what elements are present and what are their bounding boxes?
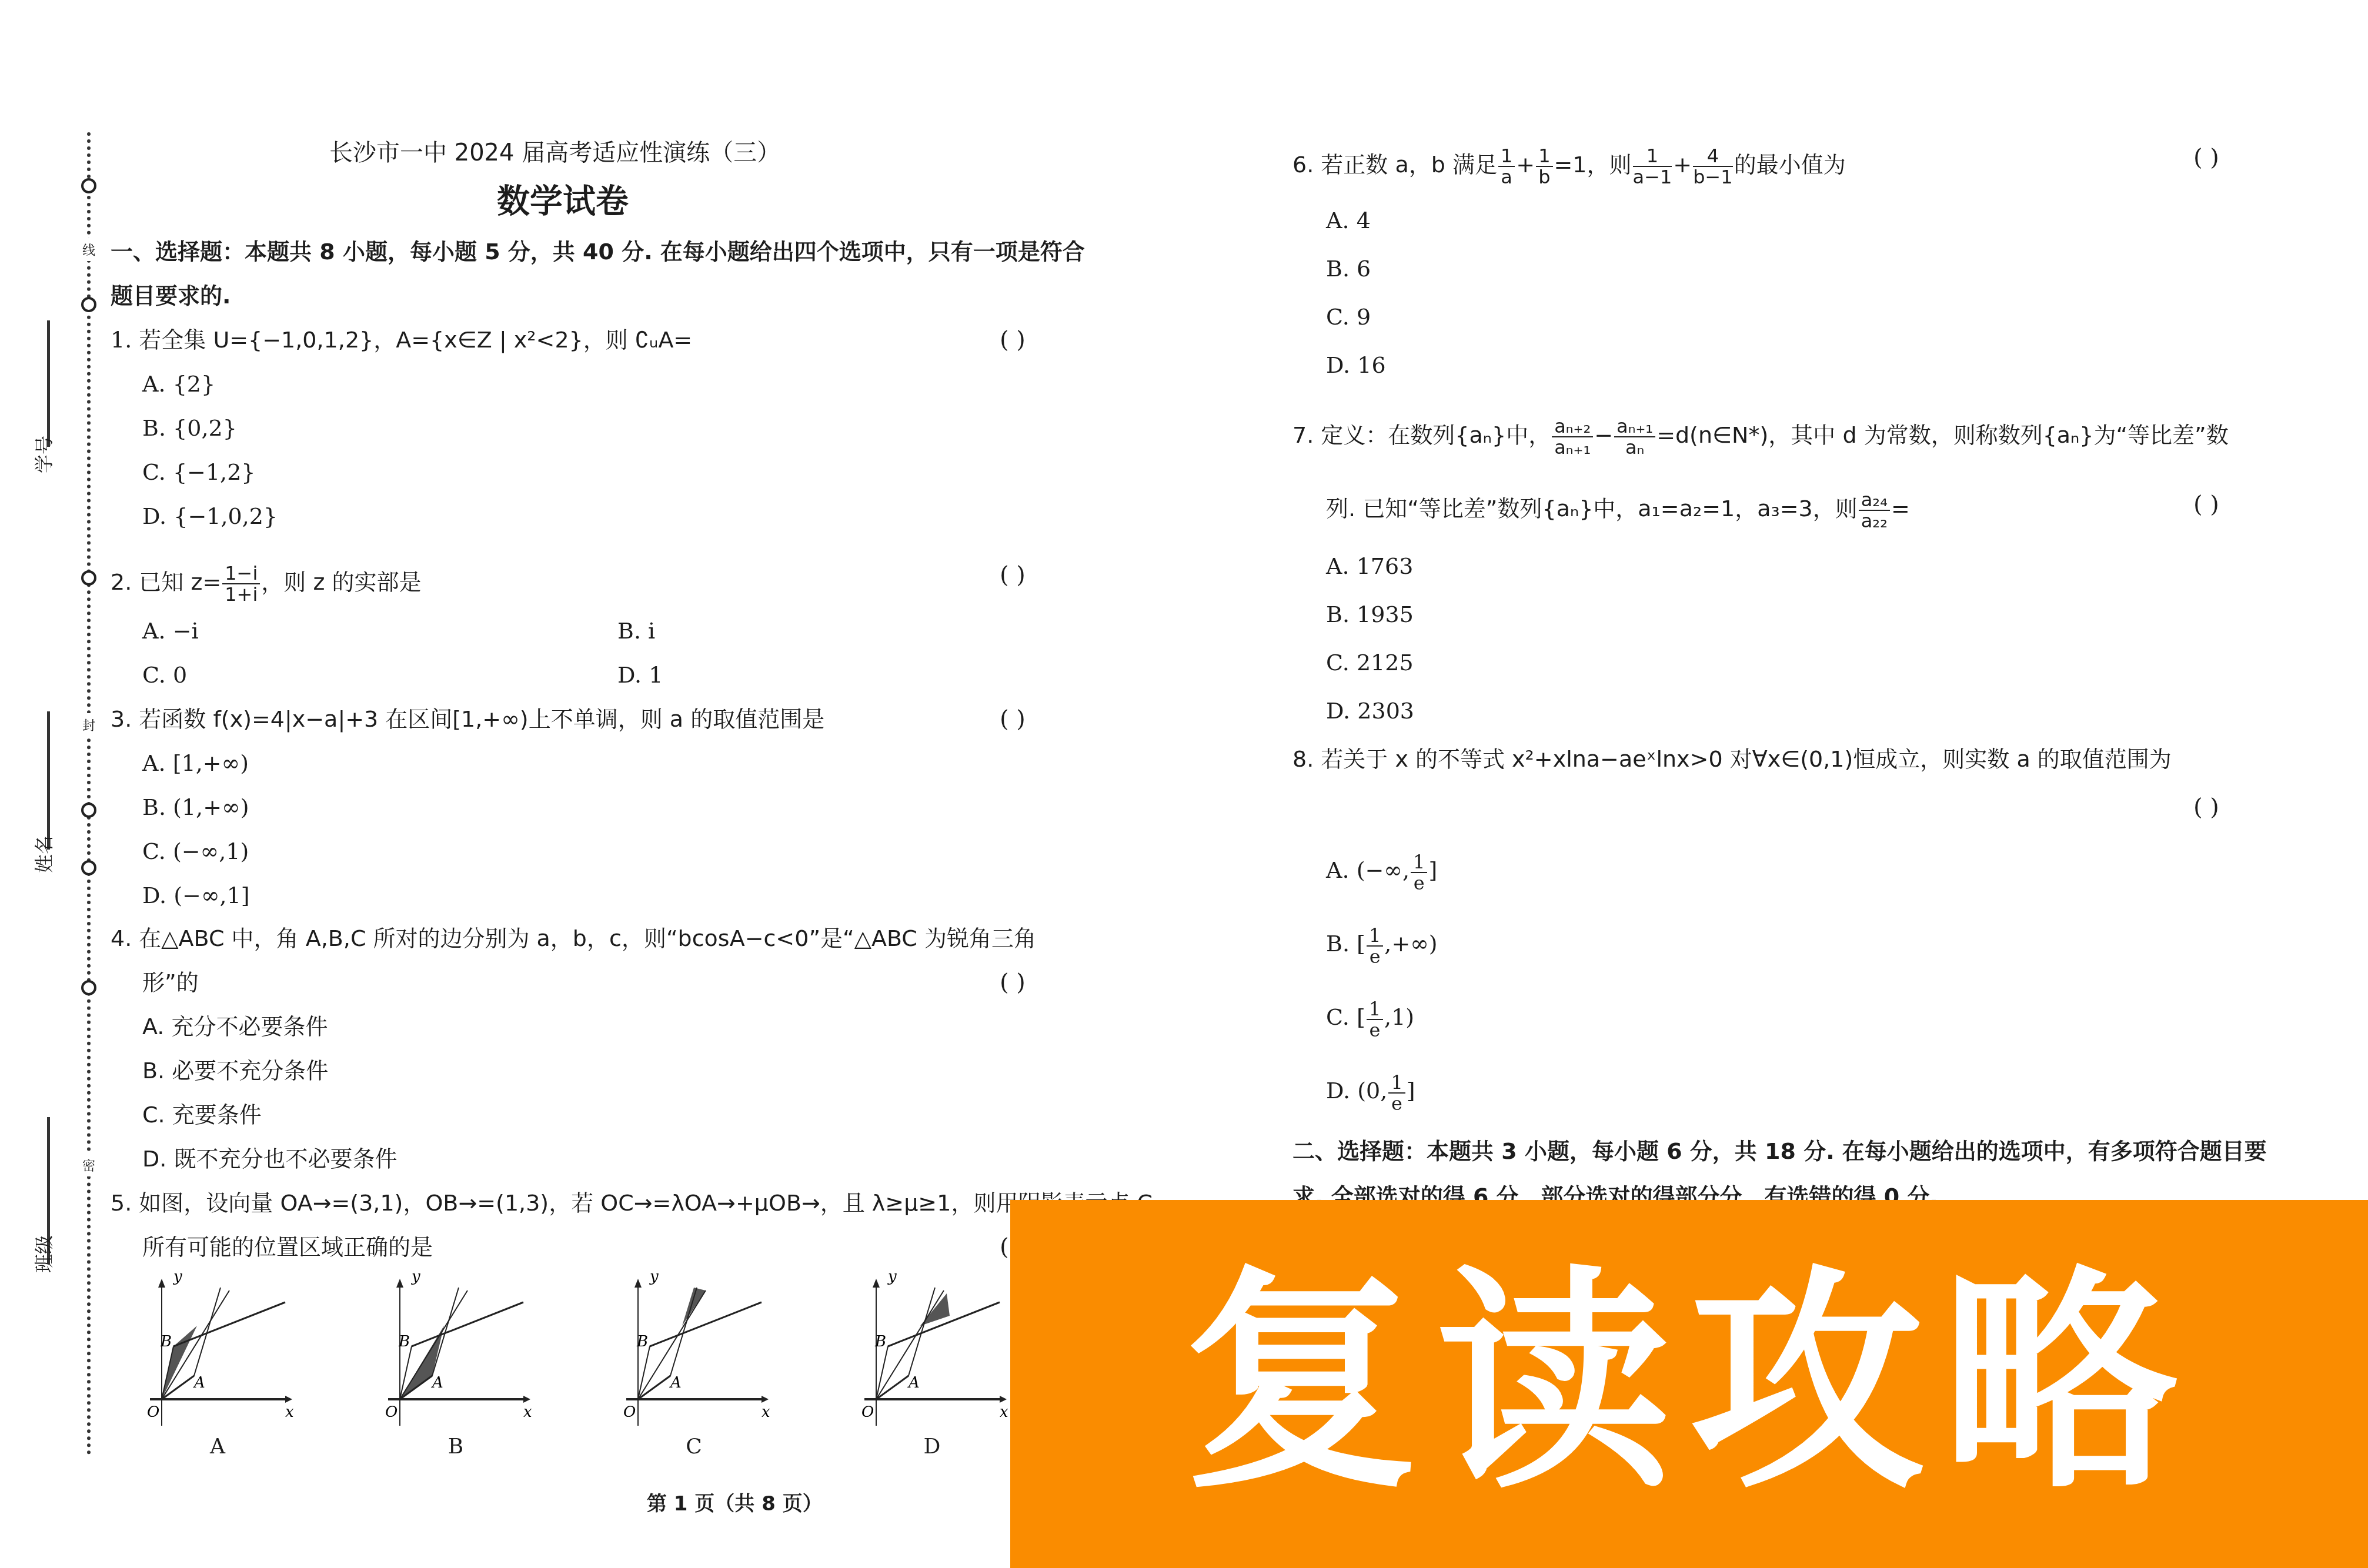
binding-mark-line: 线: [82, 238, 95, 261]
question-6: 6. 若正数 a，b 满足1a+1b=1，则1a−1+4b−1的最小值为: [1292, 141, 1846, 188]
option-c[interactable]: C. 0: [142, 661, 187, 688]
page-number: 第 1 页（共 8 页）: [647, 1487, 823, 1516]
svg-text:x: x: [1000, 1403, 1008, 1421]
question-5-cont: 所有可能的位置区域正确的是: [142, 1233, 433, 1261]
answer-bracket: ( ): [1000, 969, 1026, 996]
svg-text:x: x: [285, 1403, 294, 1421]
answer-bracket: ( ): [2193, 144, 2219, 171]
binding-hole-icon: [81, 178, 96, 193]
svg-text:x: x: [761, 1403, 770, 1421]
svg-text:x: x: [523, 1403, 532, 1421]
option-d[interactable]: D. 2303: [1326, 697, 1414, 724]
option-a[interactable]: A. −i: [142, 617, 199, 644]
option-b[interactable]: B. 必要不充分条件: [142, 1057, 328, 1084]
question-stem: 若全集 U={−1,0,1,2}，A={x∈Z | x²<2}，则 ∁ᵤA=: [139, 327, 692, 353]
question-2: 2. 已知 z=1−i1+i，则 z 的实部是: [111, 559, 421, 606]
question-1: 1. 若全集 U={−1,0,1,2}，A={x∈Z | x²<2}，则 ∁ᵤA…: [111, 326, 692, 353]
question-4: 4. 在△ABC 中，角 A,B,C 所对的边分别为 a，b，c，则“bcosA…: [111, 925, 1036, 952]
option-c[interactable]: C. {−1,2}: [142, 459, 256, 486]
student-name-blank[interactable]: [47, 711, 50, 850]
question-4-cont: 形”的: [142, 969, 199, 996]
option-b[interactable]: B. 6: [1326, 255, 1371, 282]
figure-option-b[interactable]: y x O B A B: [376, 1270, 535, 1459]
vector-diagram: y x O B A: [376, 1270, 535, 1435]
vector-diagram: y x O B A: [614, 1270, 773, 1435]
figure-option-d[interactable]: y x O B A D: [853, 1270, 1011, 1459]
question-5: 5. 如图，设向量 OA→=(3,1)，OB→=(1,3)，若 OC→=λOA→…: [111, 1189, 1153, 1216]
answer-bracket: ( ): [1000, 326, 1026, 353]
svg-text:O: O: [385, 1403, 398, 1421]
section1-heading: 一、选择题：本题共 8 小题，每小题 5 分，共 40 分. 在每小题给出四个选…: [111, 238, 1085, 265]
svg-text:A: A: [431, 1374, 443, 1392]
option-a[interactable]: A. {2}: [142, 370, 215, 397]
svg-text:O: O: [147, 1403, 159, 1421]
svg-text:B: B: [160, 1333, 172, 1350]
option-b[interactable]: B. [1e,+∞): [1326, 920, 1438, 967]
exam-title: 长沙市一中 2024 届高考适应性演练（三）: [329, 134, 780, 168]
option-c[interactable]: C. [1e,1): [1326, 994, 1414, 1041]
option-d[interactable]: D. {−1,0,2}: [142, 503, 278, 530]
figure-label: A: [138, 1435, 297, 1459]
question-8: 8. 若关于 x 的不等式 x²+xlna−aeˣlnx>0 对∀x∈(0,1)…: [1292, 745, 2172, 773]
binding-dotted-line: [87, 132, 91, 1455]
option-b[interactable]: B. {0,2}: [142, 414, 237, 442]
figure-label: C: [614, 1435, 773, 1459]
figure-option-a[interactable]: y x O B A A: [138, 1270, 297, 1459]
vector-diagram: y x O B A: [853, 1270, 1011, 1435]
vector-diagram: y x O B A: [138, 1270, 297, 1435]
svg-text:O: O: [623, 1403, 636, 1421]
answer-bracket: ( ): [1000, 706, 1026, 733]
option-b[interactable]: B. 1935: [1326, 601, 1414, 628]
binding-hole-icon: [81, 980, 96, 995]
svg-text:B: B: [636, 1333, 648, 1350]
binding-mark-secret: 密: [82, 1154, 95, 1176]
figure-label: D: [853, 1435, 1011, 1459]
option-a[interactable]: A. 充分不必要条件: [142, 1013, 328, 1040]
svg-text:A: A: [669, 1374, 682, 1392]
student-id-blank[interactable]: [47, 320, 50, 447]
watermark-text: 复读攻略: [1184, 1266, 2195, 1502]
question-3: 3. 若函数 f(x)=4|x−a|+3 在区间[1,+∞)上不单调，则 a 的…: [111, 706, 824, 733]
question-number: 1.: [111, 327, 132, 353]
svg-text:A: A: [907, 1374, 920, 1392]
binding-hole-icon: [81, 297, 96, 312]
option-a[interactable]: A. 4: [1326, 207, 1371, 234]
option-b[interactable]: B. (1,+∞): [142, 794, 249, 821]
question-7: 7. 定义：在数列{aₙ}中，aₙ₊₂aₙ₊₁−aₙ₊₁aₙ=d(n∈N*)，其…: [1292, 412, 2229, 459]
svg-text:y: y: [649, 1270, 659, 1286]
option-c[interactable]: C. 2125: [1326, 649, 1414, 676]
fraction: 1−i1+i: [222, 563, 260, 604]
option-d[interactable]: D. (−∞,1]: [142, 882, 250, 909]
student-name-label: 姓名: [29, 835, 56, 873]
figure-option-c[interactable]: y x O B A C: [614, 1270, 773, 1459]
figure-label: B: [376, 1435, 535, 1459]
svg-text:A: A: [193, 1374, 205, 1392]
svg-text:y: y: [887, 1270, 897, 1286]
answer-bracket: ( ): [2193, 794, 2219, 821]
student-id-label: 学号: [29, 436, 56, 473]
binding-hole-icon: [81, 570, 96, 586]
svg-text:B: B: [398, 1333, 410, 1350]
answer-bracket: (: [1000, 1233, 1009, 1261]
class-label: 班级: [29, 1235, 56, 1273]
option-d[interactable]: D. (0,1e]: [1326, 1067, 1415, 1114]
answer-bracket: ( ): [2193, 491, 2219, 518]
option-d[interactable]: D. 既不充分也不必要条件: [142, 1145, 397, 1172]
question-7-cont: 列. 已知“等比差”数列{aₙ}中，a₁=a₂=1，a₃=3，则a₂₄a₂₂=: [1326, 485, 1910, 532]
option-d[interactable]: D. 16: [1326, 352, 1386, 379]
option-c[interactable]: C. 充要条件: [142, 1101, 262, 1128]
option-c[interactable]: C. 9: [1326, 303, 1371, 330]
section1-heading-cont: 题目要求的.: [111, 282, 231, 309]
svg-text:B: B: [874, 1333, 886, 1350]
section2-heading: 二、选择题：本题共 3 小题，每小题 6 分，共 18 分. 在每小题给出的选项…: [1292, 1138, 2267, 1165]
svg-text:O: O: [861, 1403, 874, 1421]
binding-hole-icon: [81, 803, 96, 818]
binding-hole-icon: [81, 860, 96, 875]
option-a[interactable]: A. [1,+∞): [142, 750, 249, 777]
svg-text:y: y: [411, 1270, 420, 1286]
option-d[interactable]: D. 1: [617, 661, 663, 688]
binding-mark-seal: 封: [82, 713, 95, 736]
watermark-banner: 复读攻略: [1010, 1200, 2368, 1568]
option-b[interactable]: B. i: [617, 617, 655, 644]
option-a[interactable]: A. (−∞,1e]: [1326, 847, 1437, 894]
subject-title: 数学试卷: [497, 175, 629, 222]
svg-text:y: y: [173, 1270, 182, 1286]
answer-bracket: ( ): [1000, 561, 1026, 589]
option-c[interactable]: C. (−∞,1): [142, 838, 249, 865]
option-a[interactable]: A. 1763: [1326, 553, 1413, 580]
